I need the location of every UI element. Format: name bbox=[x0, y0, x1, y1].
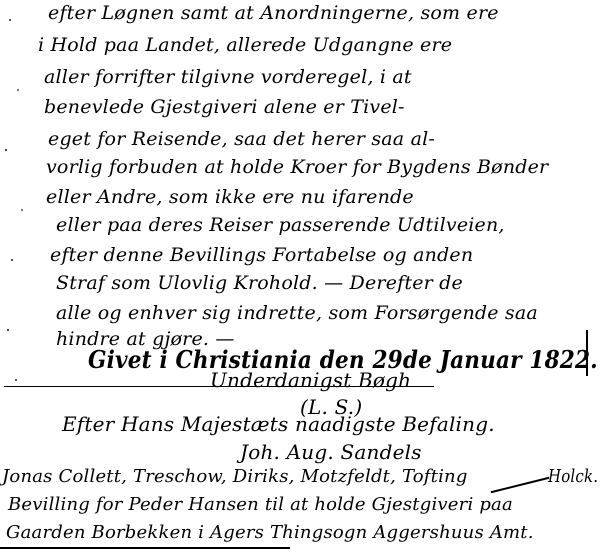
closing-line-1: Bevilling for Peder Hansen til at holde … bbox=[8, 494, 513, 515]
body-line-4: benevlede Gjestgiveri alene er Tivel- bbox=[44, 96, 405, 118]
countersigners-line: Jonas Collett, Treschow, Diriks, Motzfel… bbox=[2, 466, 468, 487]
signature-heading: Underdanigst Bøgh bbox=[210, 368, 411, 392]
manuscript-page: efter Løgnen samt at Anordningerne, som … bbox=[0, 0, 600, 554]
body-line-6: vorlig forbuden at holde Kroer for Bygde… bbox=[46, 156, 548, 178]
body-line-11: alle og enhver sig indrette, som Forsørg… bbox=[56, 302, 538, 324]
closing-line-2: Gaarden Borbekken i Agers Thingsogn Agge… bbox=[6, 522, 534, 543]
bottom-rule bbox=[0, 547, 290, 549]
body-line-9: efter denne Bevillings Fortabelse og and… bbox=[50, 244, 473, 266]
submission-line: Efter Hans Majestæts naadigste Befaling. bbox=[62, 412, 495, 436]
body-line-1: efter Løgnen samt at Anordningerne, som … bbox=[48, 2, 499, 24]
body-line-2: i Hold paa Landet, allerede Udgangne ere bbox=[38, 34, 452, 56]
countersigner-right: Holck. bbox=[548, 466, 598, 487]
body-line-3: aller forrifter tilgivne vorderegel, i a… bbox=[44, 66, 412, 88]
body-line-8: eller paa deres Reiser passerende Udtilv… bbox=[56, 214, 505, 236]
flourish-stroke bbox=[491, 477, 550, 493]
body-line-5: eget for Reisende, saa det herer saa al- bbox=[48, 128, 435, 150]
body-line-7: eller Andre, som ikke ere nu ifarende bbox=[46, 186, 414, 208]
signer-name: Joh. Aug. Sandels bbox=[240, 440, 422, 464]
body-line-10: Straf som Ulovlig Krohold. — Derefter de bbox=[56, 272, 463, 294]
